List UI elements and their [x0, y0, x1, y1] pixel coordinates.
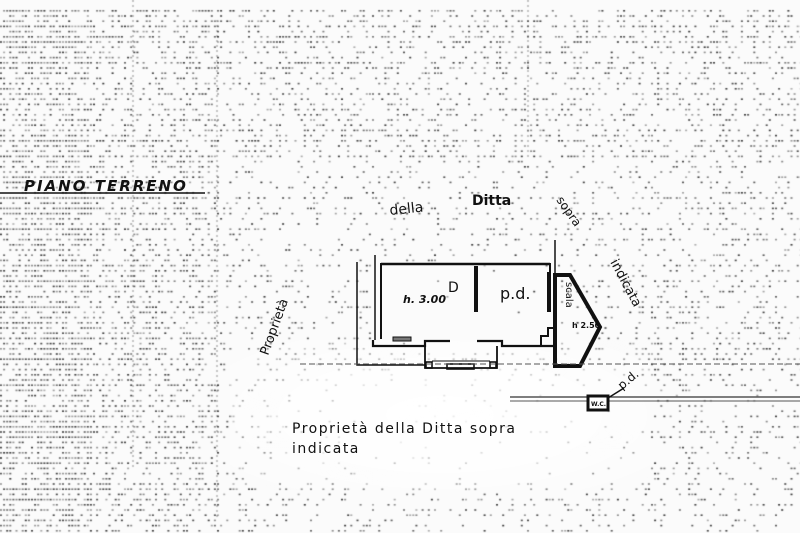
- stair-height-label: h 2.50: [572, 321, 601, 330]
- word-ditta: Ditta: [472, 193, 511, 209]
- boundary-label-bottom: Proprietà della Ditta sopra indicata: [292, 421, 516, 457]
- room-height-label: h. 3.00: [403, 293, 446, 306]
- floor-plan-drawing: PIANO TERRENO Proprietà della Ditta sopr…: [0, 0, 800, 533]
- outbuilding-box-label: W.C.: [591, 401, 606, 408]
- bottom-label-line1: Proprietà della Ditta sopra: [292, 421, 516, 437]
- word-indicata: indicata: [606, 257, 644, 310]
- stair-label: scala: [563, 282, 574, 308]
- plan-title: PIANO TERRENO: [0, 177, 205, 195]
- outbuilding: W.C. p.d.: [588, 367, 641, 410]
- room-labels: h. 3.00 D p.d. scala h 2.50: [403, 280, 601, 330]
- boundary-label-curved: Proprietà della Ditta sopra indicata: [258, 193, 644, 357]
- floor-plan-sheet: PIANO TERRENO Proprietà della Ditta sopr…: [0, 0, 800, 533]
- outbuilding-mark: p.d.: [615, 367, 642, 392]
- room-pd-label: p.d.: [500, 284, 530, 303]
- word-sopra: sopra: [554, 194, 585, 229]
- room-mark: D: [448, 280, 459, 296]
- building-walls: [300, 240, 800, 401]
- word-della: della: [389, 200, 424, 219]
- word-proprieta: Proprietà: [258, 297, 292, 357]
- bottom-label-line2: indicata: [292, 441, 360, 457]
